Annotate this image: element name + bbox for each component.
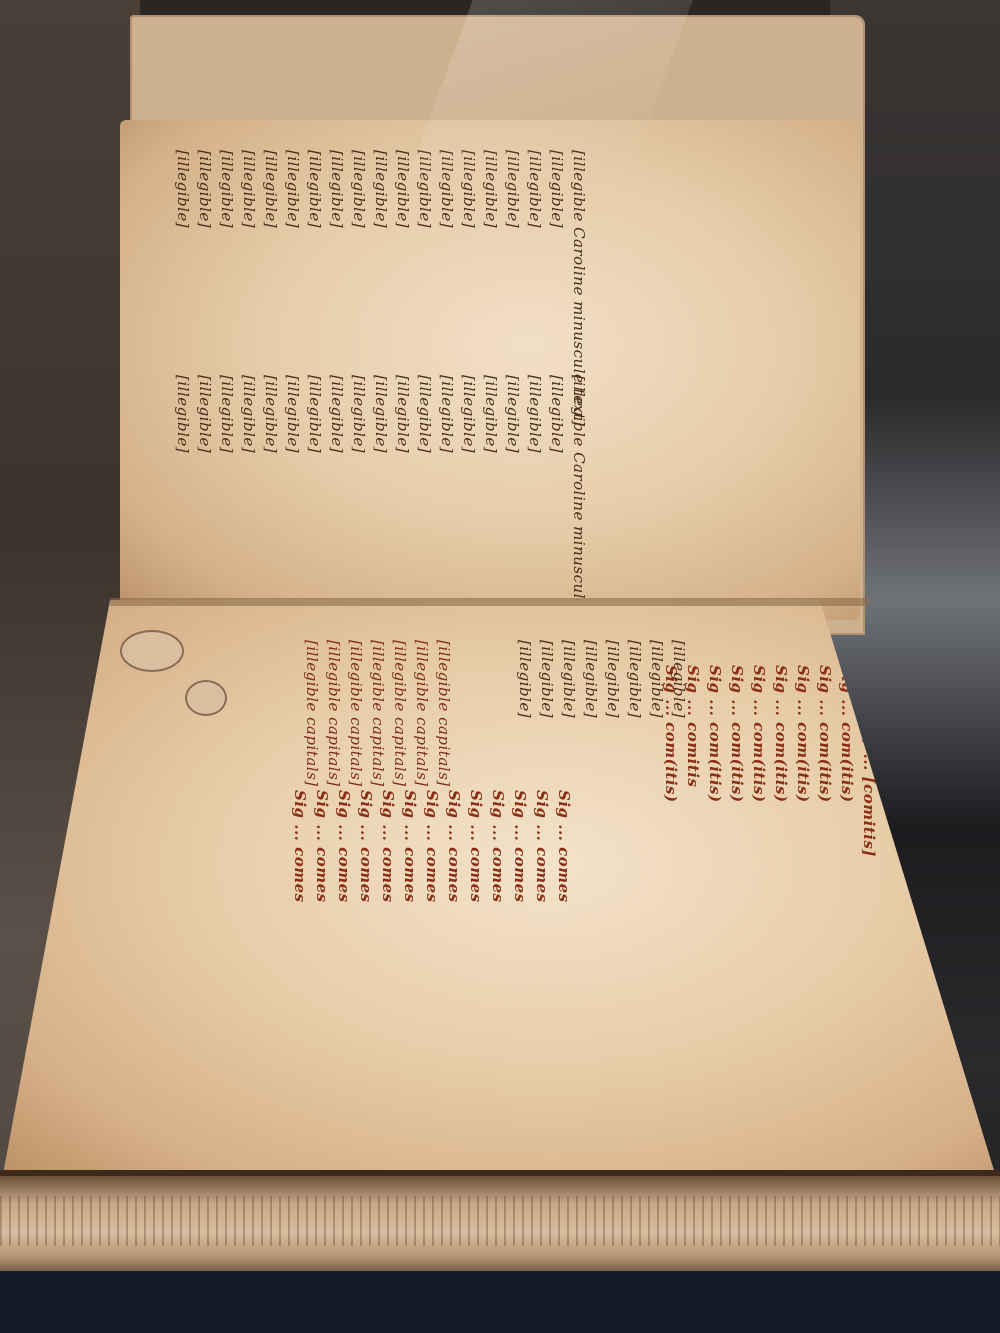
manuscript-line: Sig ... com(itis) xyxy=(770,665,792,857)
manuscript-line: [illegible] xyxy=(646,640,668,718)
manuscript-line: Sig ... comes xyxy=(509,790,531,903)
manuscript-line: [illegible] xyxy=(558,640,580,718)
manuscript-line: Sig ... comes xyxy=(377,790,399,903)
manuscript-line: Sig ... comes xyxy=(355,790,377,903)
manuscript-line: Sig ... comes xyxy=(333,790,355,903)
parchment-hole xyxy=(185,680,227,716)
lower-page-edges xyxy=(0,1170,1000,1271)
manuscript-line: Sig ... comes xyxy=(421,790,443,903)
manuscript-line: [illegible] xyxy=(580,640,602,718)
parchment-hole xyxy=(120,630,184,672)
manuscript-line: [illegible capitals] xyxy=(389,640,411,787)
manuscript-line: Sig ... com(itis) xyxy=(726,665,748,857)
capitals-block: [illegible capitals][illegible capitals]… xyxy=(301,640,455,787)
manuscript-line: [illegible] xyxy=(624,640,646,718)
manuscript-line: Sig ... comes xyxy=(531,790,553,903)
manuscript-line: [illegible capitals] xyxy=(433,640,455,787)
manuscript-line: [illegible] xyxy=(668,640,690,718)
subscription-list-right: Sig(num) ... [comitis]Sig ... com(itis)S… xyxy=(660,665,880,857)
manuscript-line: Sig ... comes xyxy=(487,790,509,903)
manuscript-line: Sig ... comes xyxy=(553,790,575,903)
manuscript-line: [illegible] xyxy=(602,640,624,718)
upper-manuscript-page: [illegible Caroline minuscule text][ille… xyxy=(120,120,860,620)
book-gutter xyxy=(110,598,870,606)
manuscript-line: Sig ... comes xyxy=(465,790,487,903)
subscription-list-left: Sig ... comesSig ... comesSig ... comesS… xyxy=(289,790,575,903)
manuscript-line: Sig ... comes xyxy=(399,790,421,903)
text-block-top-left: [illegible][illegible][illegible][illegi… xyxy=(514,640,690,718)
manuscript-line: Sig ... comes xyxy=(443,790,465,903)
manuscript-line: [illegible capitals] xyxy=(323,640,345,787)
manuscript-line: Sig ... com(itis) xyxy=(704,665,726,857)
manuscript-line: [illegible capitals] xyxy=(411,640,433,787)
manuscript-line: [illegible] xyxy=(536,640,558,718)
manuscript-line: [illegible capitals] xyxy=(301,640,323,787)
manuscript-line: [illegible capitals] xyxy=(367,640,389,787)
manuscript-line: Sig ... com(itis) xyxy=(748,665,770,857)
manuscript-line: Sig ... com(itis) xyxy=(792,665,814,857)
manuscript-line: Sig ... com(itis) xyxy=(814,665,836,857)
manuscript-line: [illegible] xyxy=(514,640,536,718)
manuscript-line: Sig ... comes xyxy=(311,790,333,903)
manuscript-line: Sig ... comes xyxy=(289,790,311,903)
manuscript-line: [illegible capitals] xyxy=(345,640,367,787)
